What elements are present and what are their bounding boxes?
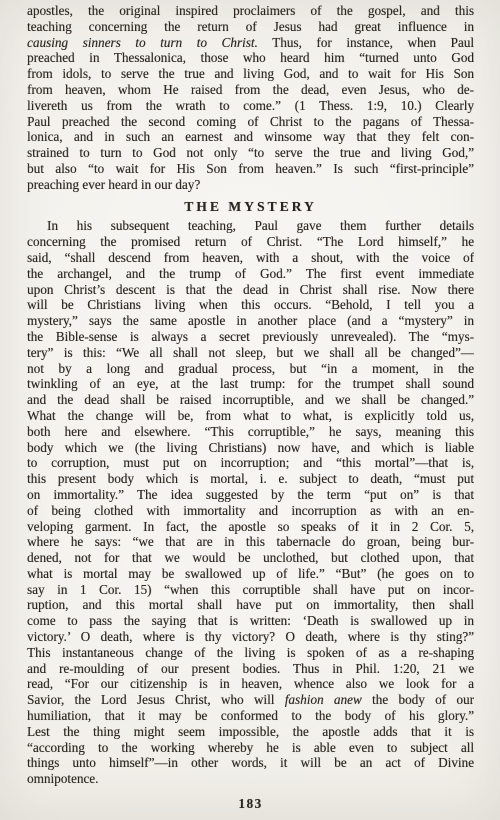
text-segment: from heaven, whom He raised from the dea… <box>27 82 474 97</box>
text-line: the Bible-sense is always a secret previ… <box>27 329 474 345</box>
text-segment: concerning the promised return of Christ… <box>27 234 474 249</box>
text-segment: mystery,” says the same apostle in anoth… <box>27 313 474 328</box>
text-segment: omnipotence. <box>27 771 98 786</box>
text-line: things unto himself”—in other words, it … <box>27 755 474 771</box>
text-line: victory.’ O death, where is thy victory?… <box>27 629 474 645</box>
text-line: read, “For our citizenship is in heaven,… <box>27 676 474 692</box>
text-line: Paul preached the second coming of Chris… <box>27 114 474 130</box>
text-line: ruption, and this mortal shall have put … <box>27 597 474 613</box>
text-line: apostles, the original inspired proclaim… <box>27 3 474 19</box>
text-segment: victory.’ O death, where is thy victory?… <box>27 629 474 644</box>
text-segment: the Bible-sense is always a secret previ… <box>27 329 474 344</box>
text-segment: read, “For our citizenship is in heaven,… <box>27 676 474 691</box>
text-line: omnipotence. <box>27 771 474 787</box>
text-line: say in 1 Cor. 15) “when this corruptible… <box>27 582 474 598</box>
text-line: from heaven, whom He raised from the dea… <box>27 82 474 98</box>
text-segment: Paul preached the second coming of Chris… <box>27 114 474 129</box>
text-line: teaching concerning the return of Jesus … <box>27 19 474 35</box>
text-line: what is mortal may be swallowed up of li… <box>27 566 474 582</box>
text-segment: dened, not for that we would be unclothe… <box>27 550 474 565</box>
text-line: both here and elsewhere. “This corruptib… <box>27 424 474 440</box>
paragraph-the-mystery: In his subsequent teaching, Paul gave th… <box>27 218 474 787</box>
text-segment: “according to the working whereby he is … <box>27 740 474 755</box>
text-line: upon Christ’s descent is that the dead i… <box>27 282 474 298</box>
text-line: What the change will be, from what to wh… <box>27 408 474 424</box>
text-line: on immortality.” The idea suggested by t… <box>27 487 474 503</box>
text-line: this present body which is mortal, i. e.… <box>27 471 474 487</box>
text-segment: preached in Thessalonica, those who hear… <box>27 50 474 65</box>
text-segment: Savior, the Lord Jesus Christ, who will <box>27 692 285 707</box>
text-segment: will be Christians living when this occu… <box>27 297 474 312</box>
text-segment: things unto himself”—in other words, it … <box>27 755 474 770</box>
text-line: lonica, and in such an earnest and winso… <box>27 129 474 145</box>
text-line: of being clothed with immortality and in… <box>27 503 474 519</box>
text-segment: This instantaneous change of the living … <box>27 645 474 660</box>
text-line: concerning the promised return of Christ… <box>27 234 474 250</box>
text-segment: but also “to wait for His Son from heave… <box>27 161 474 176</box>
text-segment: twinkling of an eye, at the last trump: … <box>27 376 474 391</box>
text-line: and re-moulding of our present bodies. T… <box>27 661 474 677</box>
text-segment: strained to turn to God not only “to ser… <box>27 145 474 160</box>
text-segment: Thus, for instance, when Paul <box>258 35 474 50</box>
text-segment: humiliation, that it may be conformed to… <box>27 708 474 723</box>
text-line: humiliation, that it may be conformed to… <box>27 708 474 724</box>
italic-text-segment: fashion anew <box>285 692 362 707</box>
text-line: where he says: “we that are in this tabe… <box>27 534 474 550</box>
text-line: mystery,” says the same apostle in anoth… <box>27 313 474 329</box>
text-line: veloping garment. In fact, the apostle s… <box>27 519 474 535</box>
text-line: Savior, the Lord Jesus Christ, who will … <box>27 692 474 708</box>
text-segment: from idols, to serve the true and living… <box>27 66 474 81</box>
text-line: livereth us from the wrath to come.” (1 … <box>27 98 474 114</box>
text-segment: Lest the thing might seem impossible, th… <box>27 724 474 739</box>
text-segment: upon Christ’s descent is that the dead i… <box>27 282 474 297</box>
text-segment: lonica, and in such an earnest and winso… <box>27 129 474 144</box>
text-segment: and the dead shall be raised incorruptib… <box>27 392 474 407</box>
text-line: to corruption, must put on incorruption;… <box>27 455 474 471</box>
text-line: come to pass the saying that is written:… <box>27 613 474 629</box>
text-segment: say in 1 Cor. 15) “when this corruptible… <box>27 582 474 597</box>
text-segment: veloping garment. In fact, the apostle s… <box>27 519 474 534</box>
text-segment: to corruption, must put on incorruption;… <box>27 455 474 470</box>
text-segment: and re-moulding of our present bodies. T… <box>27 661 474 676</box>
section-heading: THE MYSTERY <box>27 199 474 215</box>
text-segment: ruption, and this mortal shall have put … <box>27 597 474 612</box>
text-segment: this present body which is mortal, i. e.… <box>27 471 474 486</box>
text-segment: In his subsequent teaching, Paul gave th… <box>47 218 474 233</box>
text-segment: come to pass the saying that is written:… <box>27 613 474 628</box>
text-line: body which we (the living Christians) no… <box>27 440 474 456</box>
text-segment: teaching concerning the return of Jesus … <box>27 19 474 34</box>
text-segment: of being clothed with immortality and in… <box>27 503 474 518</box>
text-segment: the body of our <box>362 692 474 707</box>
text-line: but also “to wait for His Son from heave… <box>27 161 474 177</box>
paragraph-continuation: apostles, the original inspired proclaim… <box>27 3 474 193</box>
text-segment: the archangel, and the trump of God.” Th… <box>27 266 474 281</box>
text-segment: preaching ever heard in our day? <box>27 177 200 192</box>
text-line: dened, not for that we would be unclothe… <box>27 550 474 566</box>
text-segment: both here and elsewhere. “This corruptib… <box>27 424 474 439</box>
text-line: preached in Thessalonica, those who hear… <box>27 50 474 66</box>
text-segment: body which we (the living Christians) no… <box>27 440 474 455</box>
text-line: preaching ever heard in our day? <box>27 177 474 193</box>
text-segment: where he says: “we that are in this tabe… <box>27 534 474 549</box>
text-line: This instantaneous change of the living … <box>27 645 474 661</box>
text-line: tery” is this: “We all shall not sleep, … <box>27 345 474 361</box>
text-segment: what is mortal may be swallowed up of li… <box>27 566 474 581</box>
text-line: strained to turn to God not only “to ser… <box>27 145 474 161</box>
book-page: apostles, the original inspired proclaim… <box>0 0 500 820</box>
text-segment: tery” is this: “We all shall not sleep, … <box>27 345 474 360</box>
text-line: said, “shall descend from heaven, with a… <box>27 250 474 266</box>
text-line: from idols, to serve the true and living… <box>27 66 474 82</box>
page-number: 183 <box>27 796 474 812</box>
text-segment: What the change will be, from what to wh… <box>27 408 474 423</box>
text-segment: not by a long and gradual process, but “… <box>27 361 474 376</box>
text-line: “according to the working whereby he is … <box>27 740 474 756</box>
text-segment: said, “shall descend from heaven, with a… <box>27 250 474 265</box>
text-segment: apostles, the original inspired proclaim… <box>27 3 474 18</box>
text-line: the archangel, and the trump of God.” Th… <box>27 266 474 282</box>
text-line: twinkling of an eye, at the last trump: … <box>27 376 474 392</box>
text-line: not by a long and gradual process, but “… <box>27 361 474 377</box>
text-line: In his subsequent teaching, Paul gave th… <box>27 218 474 234</box>
text-segment: on immortality.” The idea suggested by t… <box>27 487 474 502</box>
text-line: causing sinners to turn to Christ. Thus,… <box>27 35 474 51</box>
italic-text-segment: causing sinners to turn to Christ. <box>27 35 258 50</box>
text-line: and the dead shall be raised incorruptib… <box>27 392 474 408</box>
text-segment: livereth us from the wrath to come.” (1 … <box>27 98 474 113</box>
text-line: will be Christians living when this occu… <box>27 297 474 313</box>
text-line: Lest the thing might seem impossible, th… <box>27 724 474 740</box>
